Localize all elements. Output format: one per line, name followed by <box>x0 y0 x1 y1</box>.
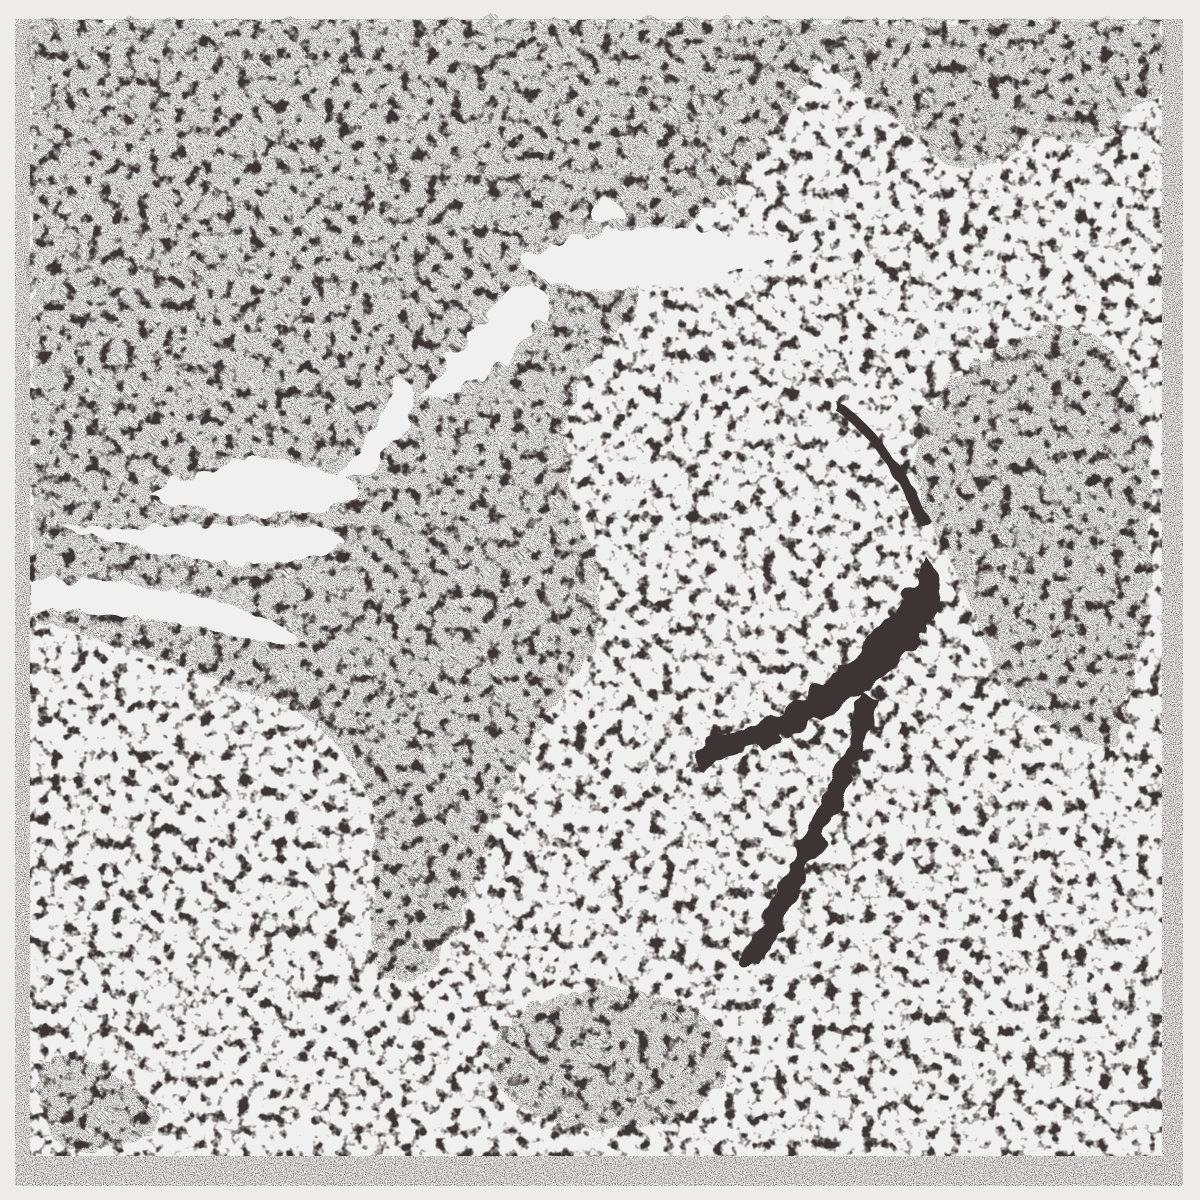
dark-oval-blot <box>490 990 730 1130</box>
artwork-print <box>0 0 1200 1200</box>
light-spot <box>589 200 621 224</box>
